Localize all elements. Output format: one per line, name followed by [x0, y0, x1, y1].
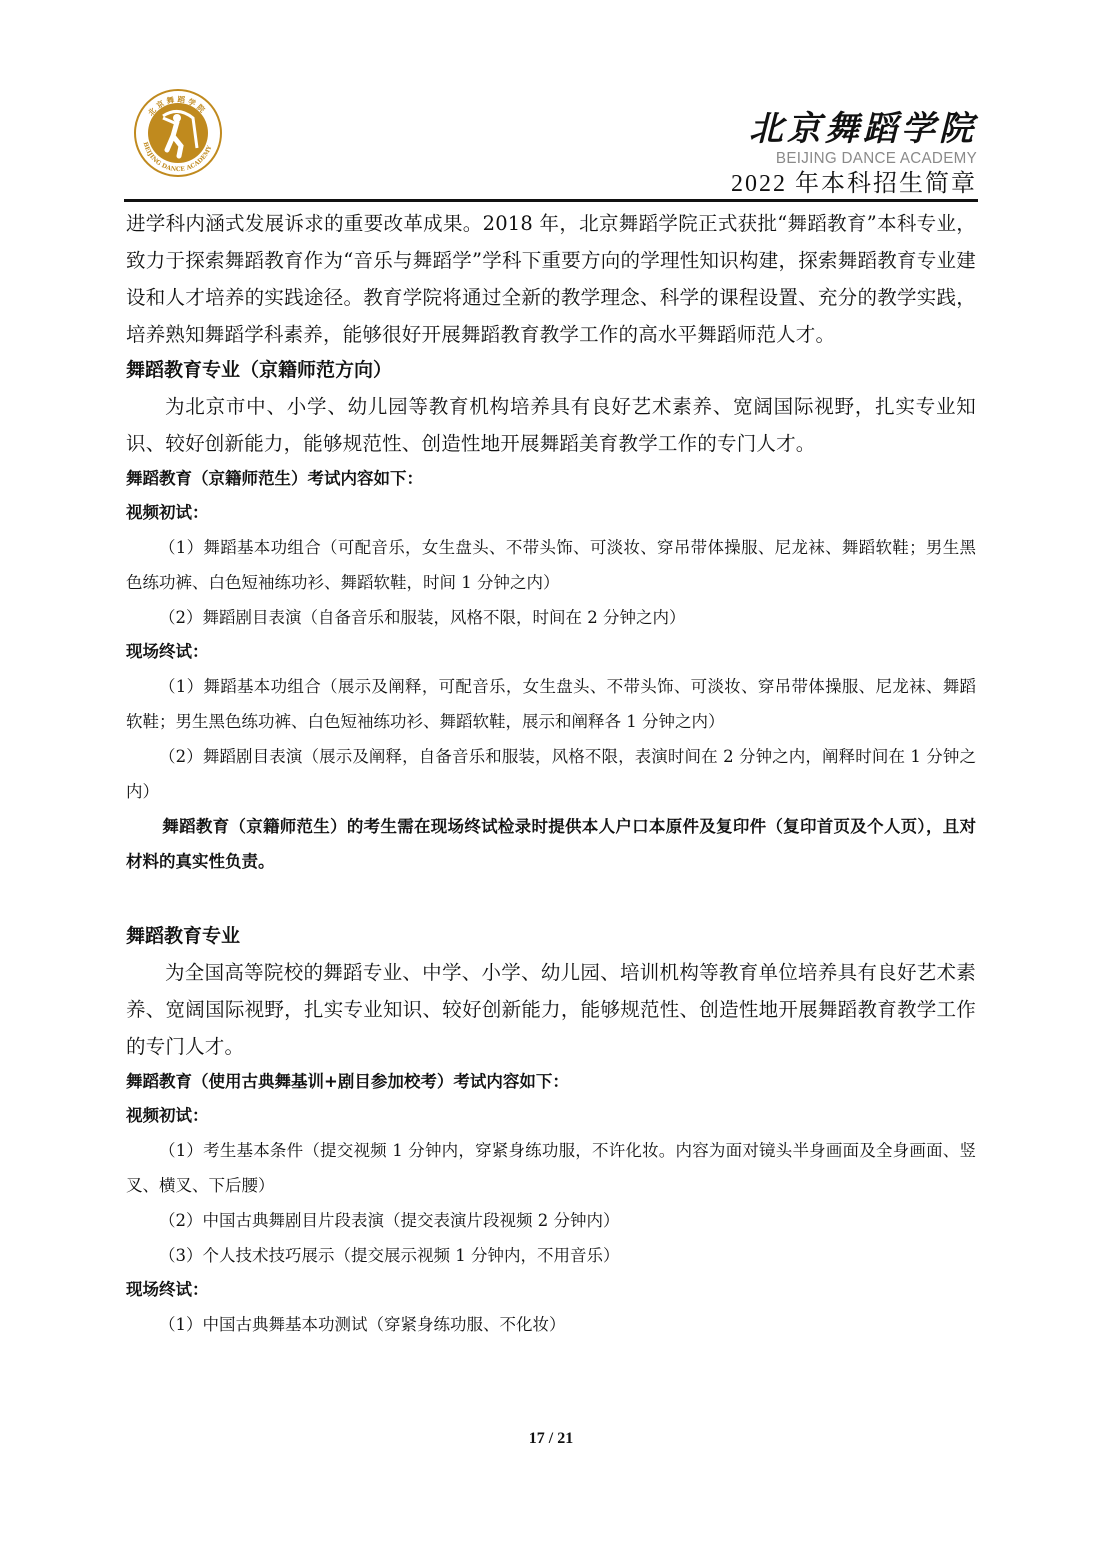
- section2-video-item: （2）中国古典舞剧目片段表演（提交表演片段视频 2 分钟内）: [126, 1203, 976, 1238]
- section1-video-item: （2）舞蹈剧目表演（自备音乐和服装，风格不限，时间在 2 分钟之内）: [126, 600, 976, 635]
- section1-onsite-item: （2）舞蹈剧目表演（展示及阐释，自备音乐和服装，风格不限，表演时间在 2 分钟之…: [126, 739, 976, 809]
- section2-onsite-item: （1）中国古典舞基本功测试（穿紧身练功服、不化妆）: [126, 1307, 976, 1342]
- header-divider: [124, 199, 978, 202]
- section1-exam-heading: 舞蹈教育（京籍师范生）考试内容如下：: [126, 462, 976, 496]
- section2-video-item: （1）考生基本条件（提交视频 1 分钟内，穿紧身练功服，不许化妆。内容为面对镜头…: [126, 1133, 976, 1203]
- section1-video-heading: 视频初试：: [126, 496, 976, 530]
- section2-onsite-heading: 现场终试：: [126, 1273, 976, 1307]
- section1-title: 舞蹈教育专业（京籍师范方向）: [126, 353, 976, 388]
- section2-video-heading: 视频初试：: [126, 1099, 976, 1133]
- section2-title: 舞蹈教育专业: [126, 919, 976, 954]
- section2-description: 为全国高等院校的舞蹈专业、中学、小学、幼儿园、培训机构等教育单位培养具有良好艺术…: [126, 954, 976, 1065]
- academy-logo: 北 京 舞 蹈 学 院 BEIJING DANCE ACADEMY: [133, 88, 223, 178]
- logo-emblem-icon: 北 京 舞 蹈 学 院 BEIJING DANCE ACADEMY: [133, 88, 223, 178]
- section2-exam-heading: 舞蹈教育（使用古典舞基训+剧目参加校考）考试内容如下：: [126, 1065, 976, 1099]
- section1-onsite-item: （1）舞蹈基本功组合（展示及阐释，可配音乐，女生盘头、不带头饰、可淡妆、穿吊带体…: [126, 669, 976, 739]
- section2-video-item: （3）个人技术技巧展示（提交展示视频 1 分钟内，不用音乐）: [126, 1238, 976, 1273]
- section-spacer: [126, 879, 976, 919]
- brand-chinese-name: 北京舞蹈学院: [731, 110, 977, 148]
- document-subtitle: 2022 年本科招生简章: [731, 170, 977, 198]
- section1-description: 为北京市中、小学、幼儿园等教育机构培养具有良好艺术素养、宽阔国际视野，扎实专业知…: [126, 388, 976, 462]
- document-page: 北 京 舞 蹈 学 院 BEIJING DANCE ACADEMY 北京舞蹈学院…: [0, 0, 1102, 1559]
- main-content: 进学科内涵式发展诉求的重要改革成果。2018 年，北京舞蹈学院正式获批“舞蹈教育…: [126, 205, 976, 1342]
- section1-video-item: （1）舞蹈基本功组合（可配音乐，女生盘头、不带头饰、可淡妆、穿吊带体操服、尼龙袜…: [126, 530, 976, 600]
- section1-onsite-heading: 现场终试：: [126, 635, 976, 669]
- intro-paragraph: 进学科内涵式发展诉求的重要改革成果。2018 年，北京舞蹈学院正式获批“舞蹈教育…: [126, 205, 976, 353]
- page-number: 17 / 21: [0, 1430, 1102, 1448]
- brand-english-name: BEIJING DANCE ACADEMY: [743, 150, 977, 168]
- header-brand: 北京舞蹈学院 BEIJING DANCE ACADEMY 2022 年本科招生简…: [731, 110, 977, 198]
- section1-note: 舞蹈教育（京籍师范生）的考生需在现场终试检录时提供本人户口本原件及复印件（复印首…: [126, 809, 976, 879]
